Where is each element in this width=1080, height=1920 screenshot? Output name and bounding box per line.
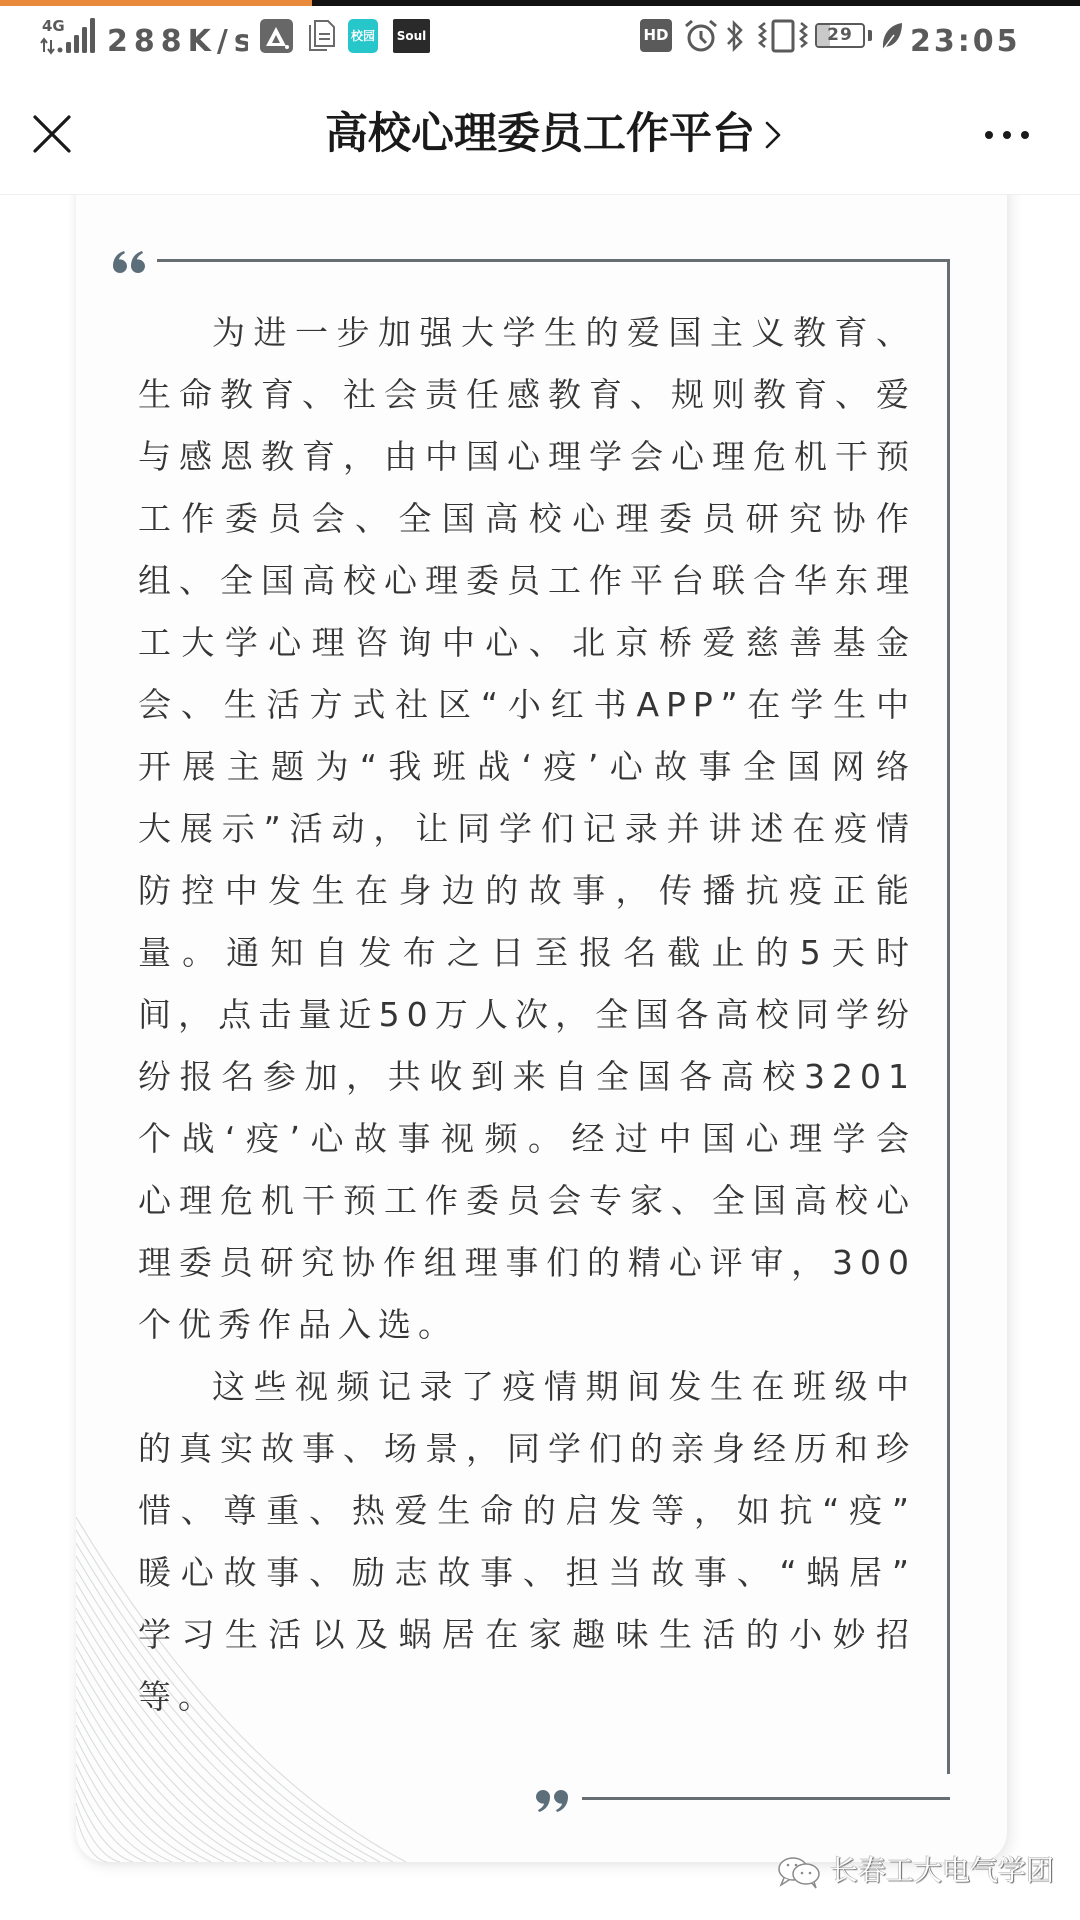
paragraph-1-line: 心理危机干预工作委员会专家、全国高校心	[138, 1170, 916, 1232]
quote-frame-top-line	[157, 259, 950, 262]
paragraph-1-line: 工作委员会、全国高校心理委员研究协作	[138, 488, 916, 550]
network-speed: 288K/s	[107, 22, 248, 62]
paragraph-2-line: 暖心故事、励志故事、担当故事、“蜗居”	[138, 1542, 916, 1604]
paragraph-2-line: 等。	[138, 1666, 916, 1728]
paragraph-1-line: 纷报名参加，共收到来自全国各高校3201	[138, 1046, 916, 1108]
document-notification-icon	[307, 19, 337, 53]
paragraph-2-line: 学习生活以及蜗居在家趣味生活的小妙招	[138, 1604, 916, 1666]
paragraph-1-line: 会、生活方式社区“小红书APP”在学生中	[138, 674, 916, 736]
paragraph-1-line: 大展示”活动，让同学们记录并讲述在疫情	[138, 798, 916, 860]
xiaoyuan-app-notification-icon: 校园	[348, 19, 378, 53]
close-quote-icon	[536, 1790, 570, 1815]
battery-level: 29	[817, 25, 863, 46]
paragraph-2-line: 这些视频记录了疫情期间发生在班级中	[138, 1356, 916, 1418]
battery-tip	[868, 30, 872, 41]
quote-frame-right-line	[947, 259, 950, 1774]
paragraph-1-line: 开展主题为“我班战‘疫’心故事全国网络	[138, 736, 916, 798]
alarm-clock-icon	[683, 18, 719, 54]
power-saving-leaf-icon	[880, 20, 904, 52]
paragraph-1-line: 个战‘疫’心故事视频。经过中国心理学会	[138, 1108, 916, 1170]
paragraph-1-line: 个优秀作品入选。	[138, 1294, 916, 1356]
page-load-progress-bar	[0, 0, 1080, 6]
app-a-notification-icon	[260, 19, 293, 53]
close-icon	[35, 117, 69, 151]
paragraph-1-line: 与感恩教育，由中国心理学会心理危机干预	[138, 426, 916, 488]
paragraph-1-line: 防控中发生在身边的故事，传播抗疫正能	[138, 860, 916, 922]
account-watermark: 长春工大电气学团	[830, 1853, 1054, 1889]
paragraph-1-line: 为进一步加强大学生的爱国主义教育、	[138, 302, 916, 364]
paragraph-1-line: 组、全国高校心理委员工作平台联合华东理	[138, 550, 916, 612]
paragraph-1-line: 量。通知自发布之日至报名截止的5天时	[138, 922, 916, 984]
cellular-signal-icon: 4G	[40, 16, 96, 56]
clock-time: 23:05	[910, 22, 1021, 62]
page-load-progress-fill	[0, 0, 312, 6]
bluetooth-icon	[726, 18, 744, 54]
paragraph-1-line: 生命教育、社会责任感教育、规则教育、爱	[138, 364, 916, 426]
paragraph-2-line: 的真实故事、场景，同学们的亲身经历和珍	[138, 1418, 916, 1480]
page-title: 高校心理委员工作平台	[325, 109, 755, 159]
vibrate-mode-icon	[757, 18, 809, 54]
paragraph-1-line: 理委员研究协作组理事们的精心评审，300	[138, 1232, 916, 1294]
paragraph-1-line: 工大学心理咨询中心、北京桥爱慈善基金	[138, 612, 916, 674]
wechat-icon	[776, 1855, 824, 1889]
close-button[interactable]	[30, 112, 74, 156]
soul-app-notification-icon: Soul	[393, 19, 430, 53]
hd-voice-badge: HD	[640, 19, 672, 52]
article-body: 为进一步加强大学生的爱国主义教育、 生命教育、社会责任感教育、规则教育、爱 与感…	[138, 302, 916, 1728]
open-quote-icon	[113, 250, 146, 273]
page-title-link[interactable]: 高校心理委员工作平台	[300, 110, 780, 158]
status-bar: 4G 288K/s 校园 Soul HD 29 2	[0, 6, 1080, 70]
svg-text:4G: 4G	[42, 17, 65, 35]
more-dots-icon	[985, 131, 1029, 139]
battery-indicator: 29	[815, 23, 865, 48]
paragraph-1-line: 间，点击量近50万人次，全国各高校同学纷	[138, 984, 916, 1046]
quote-frame-bottom-line	[582, 1797, 950, 1800]
top-nav-bar: 高校心理委员工作平台	[0, 70, 1080, 195]
paragraph-2-line: 惜、尊重、热爱生命的启发等，如抗“疫”	[138, 1480, 916, 1542]
chevron-right-icon[interactable]	[762, 120, 784, 150]
more-options-button[interactable]	[977, 120, 1037, 150]
